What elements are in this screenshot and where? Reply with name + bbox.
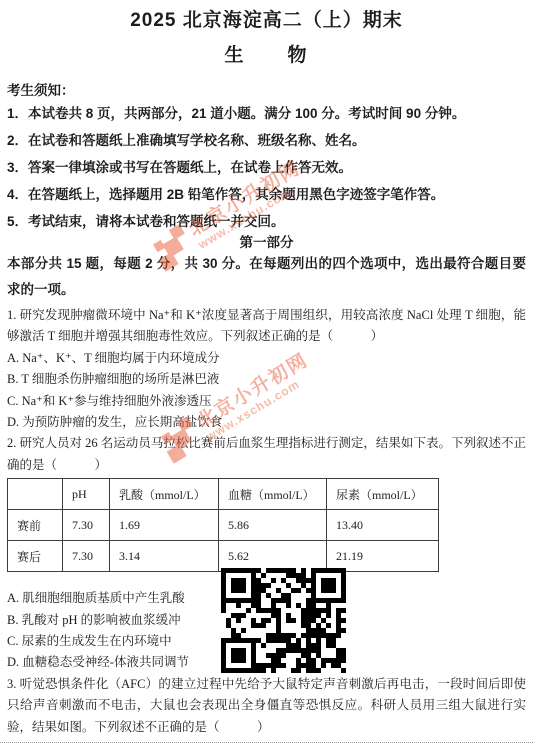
question-1: 1. 研究发现肿瘤微环境中 Na⁺和 K⁺浓度显著高于周围组织，用较高浓度 Na… <box>7 305 526 433</box>
table-row: 赛前 7.30 1.69 5.86 13.40 <box>8 510 439 541</box>
notice-heading: 考生须知： <box>7 82 526 100</box>
row-label: 赛前 <box>8 510 63 541</box>
notice-item-2: 2．在试卷和答题纸上准确填写学校名称、班级名称、姓名。 <box>7 127 526 154</box>
cell-glucose: 5.86 <box>219 510 327 541</box>
row-label: 赛后 <box>8 541 63 572</box>
question-3-stem: 3. 听觉恐惧条件化（AFC）的建立过程中先给予大鼠特定声音刺激后再电击，一段时… <box>7 674 526 738</box>
notice-item-1: 1．本试卷共 8 页，共两部分，21 道小题。满分 100 分。考试时间 90 … <box>7 100 526 127</box>
question-3: 3. 听觉恐惧条件化（AFC）的建立过程中先给予大鼠特定声音刺激后再电击，一段时… <box>7 674 526 738</box>
question-1-option-c: C. Na⁺和 K⁺参与维持细胞外液渗透压 <box>7 391 526 412</box>
cell-lactate: 3.14 <box>110 541 219 572</box>
question-1-stem: 1. 研究发现肿瘤微环境中 Na⁺和 K⁺浓度显著高于周围组织，用较高浓度 Na… <box>7 305 526 348</box>
question-1-option-a: A. Na⁺、K⁺、T 细胞均属于内环境成分 <box>7 348 526 369</box>
table-header-glucose: 血糖（mmol/L） <box>219 479 327 510</box>
table-header-row: pH 乳酸（mmol/L） 血糖（mmol/L） 尿素（mmol/L） <box>8 479 439 510</box>
page-title: 2025 北京海淀高二（上）期末 <box>7 8 526 34</box>
table-header-blank <box>8 479 63 510</box>
notice-item-5: 5．考试结束，请将本试卷和答题纸一并交回。 <box>7 208 526 235</box>
subject-title: 生 物 <box>7 43 526 69</box>
notice-item-3: 3．答案一律填涂或书写在答题纸上，在试卷上作答无效。 <box>7 154 526 181</box>
table-header-lactate: 乳酸（mmol/L） <box>110 479 219 510</box>
question-2-stem: 2. 研究人员对 26 名运动员马拉松比赛前后血浆生理指标进行测定，结果如下表。… <box>7 433 526 476</box>
cell-ph: 7.30 <box>63 510 110 541</box>
cell-urea: 13.40 <box>327 510 439 541</box>
q2-data-table: pH 乳酸（mmol/L） 血糖（mmol/L） 尿素（mmol/L） 赛前 7… <box>7 478 439 572</box>
page-bottom-divider <box>0 742 533 743</box>
section-instructions: 本部分共 15 题，每题 2 分，共 30 分。在每题列出的四个选项中，选出最符… <box>7 251 526 303</box>
section-heading: 第一部分 <box>7 235 526 251</box>
cell-ph: 7.30 <box>63 541 110 572</box>
table-header-urea: 尿素（mmol/L） <box>327 479 439 510</box>
qr-code-icon <box>221 568 346 673</box>
cell-lactate: 1.69 <box>110 510 219 541</box>
notice-item-4: 4．在答题纸上，选择题用 2B 铅笔作答，其余题用黑色字迹签字笔作答。 <box>7 181 526 208</box>
question-1-option-b: B. T 细胞杀伤肿瘤细胞的场所是淋巴液 <box>7 369 526 390</box>
table-header-ph: pH <box>63 479 110 510</box>
question-1-option-d: D. 为预防肿瘤的发生，应长期高盐饮食 <box>7 412 526 433</box>
